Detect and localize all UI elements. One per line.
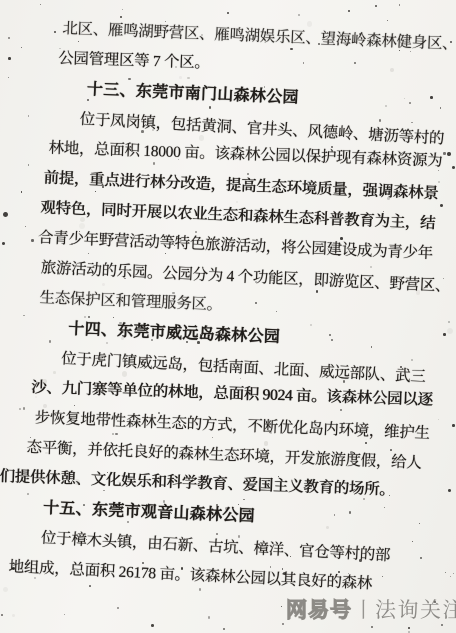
document-text-block: 北区、雁鸣湖野营区、雁鸣湖娱乐区、望海岭森林健身区、 公园管理区等 7 个区。 … (37, 14, 456, 600)
scanned-document-page: 北区、雁鸣湖野营区、雁鸣湖娱乐区、望海岭森林健身区、 公园管理区等 7 个区。 … (0, 0, 456, 633)
netease-watermark: 网易号丨法询关注 (286, 594, 456, 624)
watermark-separator: 丨 (353, 599, 374, 622)
watermark-account-text: 法询关注 (375, 599, 456, 622)
watermark-brand-text: 网易号 (286, 599, 352, 622)
